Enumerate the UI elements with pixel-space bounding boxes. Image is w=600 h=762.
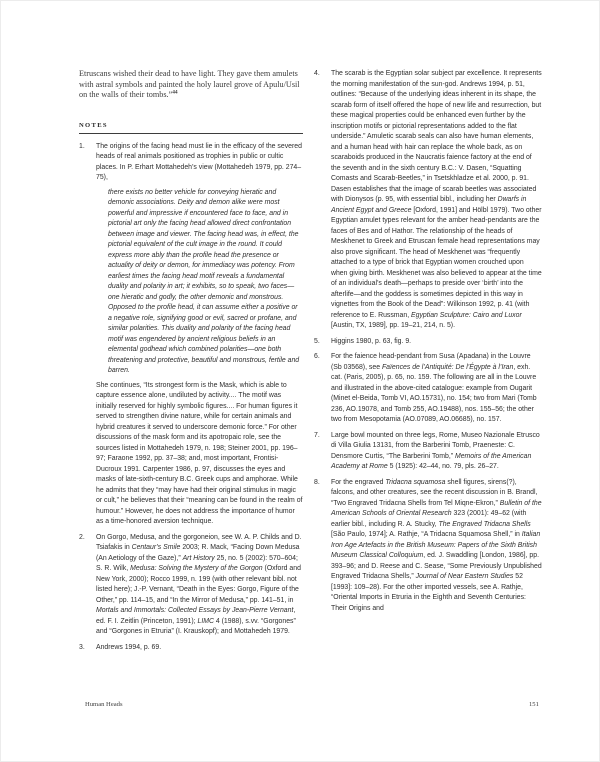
cited-title: Faïences de l’Antiquité: De l’Égypte à l… — [382, 364, 513, 371]
note-text: [Oxford, 1991] and Hölbl 1979). Two othe… — [331, 207, 542, 319]
note-body: The origins of the facing head must lie … — [96, 142, 303, 528]
note-paragraph: For the engraved Tridacna squamosa shell… — [331, 478, 542, 615]
note-number: 6. — [314, 352, 331, 426]
note-text: [São Paulo, 1974]; A. Rathje, “A Tridacn… — [331, 531, 522, 538]
note-body: Andrews 1994, p. 69. — [96, 643, 303, 654]
note-body: For the faience head-pendant from Susa (… — [331, 352, 542, 426]
cited-title: Egyptian Sculpture: Cairo and Luxor — [411, 312, 522, 319]
notes-divider-rule — [79, 133, 303, 134]
note-number: 5. — [314, 337, 331, 348]
note-item: 1.The origins of the facing head must li… — [79, 142, 303, 528]
note-number: 7. — [314, 431, 331, 473]
note-paragraph: The scarab is the Egyptian solar subject… — [331, 69, 542, 332]
note-text: For the engraved — [331, 479, 385, 486]
notes-list-left: 1.The origins of the facing head must li… — [79, 142, 303, 654]
note-text: Higgins 1980, p. 63, fig. 9. — [331, 338, 411, 345]
cited-title: Medusa: Solving the Mystery of the Gorgo… — [130, 565, 263, 572]
notes-list-right: 4.The scarab is the Egyptian solar subje… — [314, 69, 542, 614]
note-item: 3.Andrews 1994, p. 69. — [79, 643, 303, 654]
note-paragraph: Andrews 1994, p. 69. — [96, 643, 303, 654]
note-item: 2.On Gorgo, Medusa, and the gorgoneion, … — [79, 533, 303, 638]
cited-title: Mortals and Immortals: Collected Essays … — [96, 607, 293, 614]
note-text: 5 (1925): 42–44, no. 79, pls. 26–27. — [388, 463, 499, 470]
note-item: 7.Large bowl mounted on three legs, Rome… — [314, 431, 542, 473]
note-text: , exh. cat. (Paris, 2005), p. 65, no. 15… — [331, 364, 537, 424]
note-paragraph: Higgins 1980, p. 63, fig. 9. — [331, 337, 542, 348]
note-number: 3. — [79, 643, 96, 654]
page-number: 151 — [529, 701, 539, 708]
footnote-reference: 44 — [172, 89, 177, 95]
note-number: 2. — [79, 533, 96, 638]
notes-heading: NOTES — [79, 122, 303, 129]
intro-paragraph: Etruscans wished their dead to have ligh… — [79, 69, 303, 101]
note-body: Higgins 1980, p. 63, fig. 9. — [331, 337, 542, 348]
note-paragraph: The origins of the facing head must lie … — [96, 142, 303, 184]
note-item: 5.Higgins 1980, p. 63, fig. 9. — [314, 337, 542, 348]
note-item: 8.For the engraved Tridacna squamosa she… — [314, 478, 542, 615]
note-text: there exists no better vehicle for conve… — [108, 189, 299, 375]
note-paragraph: She continues, “Its strongest form is th… — [96, 381, 303, 528]
note-number: 4. — [314, 69, 331, 332]
note-body: On Gorgo, Medusa, and the gorgoneion, se… — [96, 533, 303, 638]
note-text: The scarab is the Egyptian solar subject… — [331, 70, 542, 203]
cited-title: Centaur’s Smile — [132, 544, 181, 551]
note-text: She continues, “Its strongest form is th… — [96, 382, 302, 526]
cited-title: Journal of Near Eastern Studies — [416, 573, 514, 580]
note-paragraph: Large bowl mounted on three legs, Rome, … — [331, 431, 542, 473]
note-number: 1. — [79, 142, 96, 528]
cited-title: The Engraved Tridacna Shells — [439, 521, 531, 528]
note-body: For the engraved Tridacna squamosa shell… — [331, 478, 542, 615]
running-footer-title: Human Heads — [85, 701, 123, 708]
note-item: 6.For the faience head-pendant from Susa… — [314, 352, 542, 426]
note-paragraph: For the faience head-pendant from Susa (… — [331, 352, 542, 426]
cited-title: LIMC — [198, 618, 214, 625]
note-body: The scarab is the Egyptian solar subject… — [331, 69, 542, 332]
left-column: Etruscans wished their dead to have ligh… — [79, 69, 303, 658]
cited-title: Tridacna squamosa — [385, 479, 445, 486]
right-column: 4.The scarab is the Egyptian solar subje… — [314, 69, 542, 619]
note-paragraph: On Gorgo, Medusa, and the gorgoneion, se… — [96, 533, 303, 638]
book-page: Etruscans wished their dead to have ligh… — [0, 0, 600, 762]
intro-text: Etruscans wished their dead to have ligh… — [79, 69, 300, 99]
note-text: Andrews 1994, p. 69. — [96, 644, 161, 651]
note-number: 8. — [314, 478, 331, 615]
note-body: Large bowl mounted on three legs, Rome, … — [331, 431, 542, 473]
note-item: 4.The scarab is the Egyptian solar subje… — [314, 69, 542, 332]
note-block-quote: there exists no better vehicle for conve… — [108, 188, 303, 377]
note-text: The origins of the facing head must lie … — [96, 143, 302, 182]
note-text: [Austin, TX, 1989], pp. 19–21, 214, n. 5… — [331, 322, 455, 329]
cited-title: Art History — [183, 555, 215, 562]
